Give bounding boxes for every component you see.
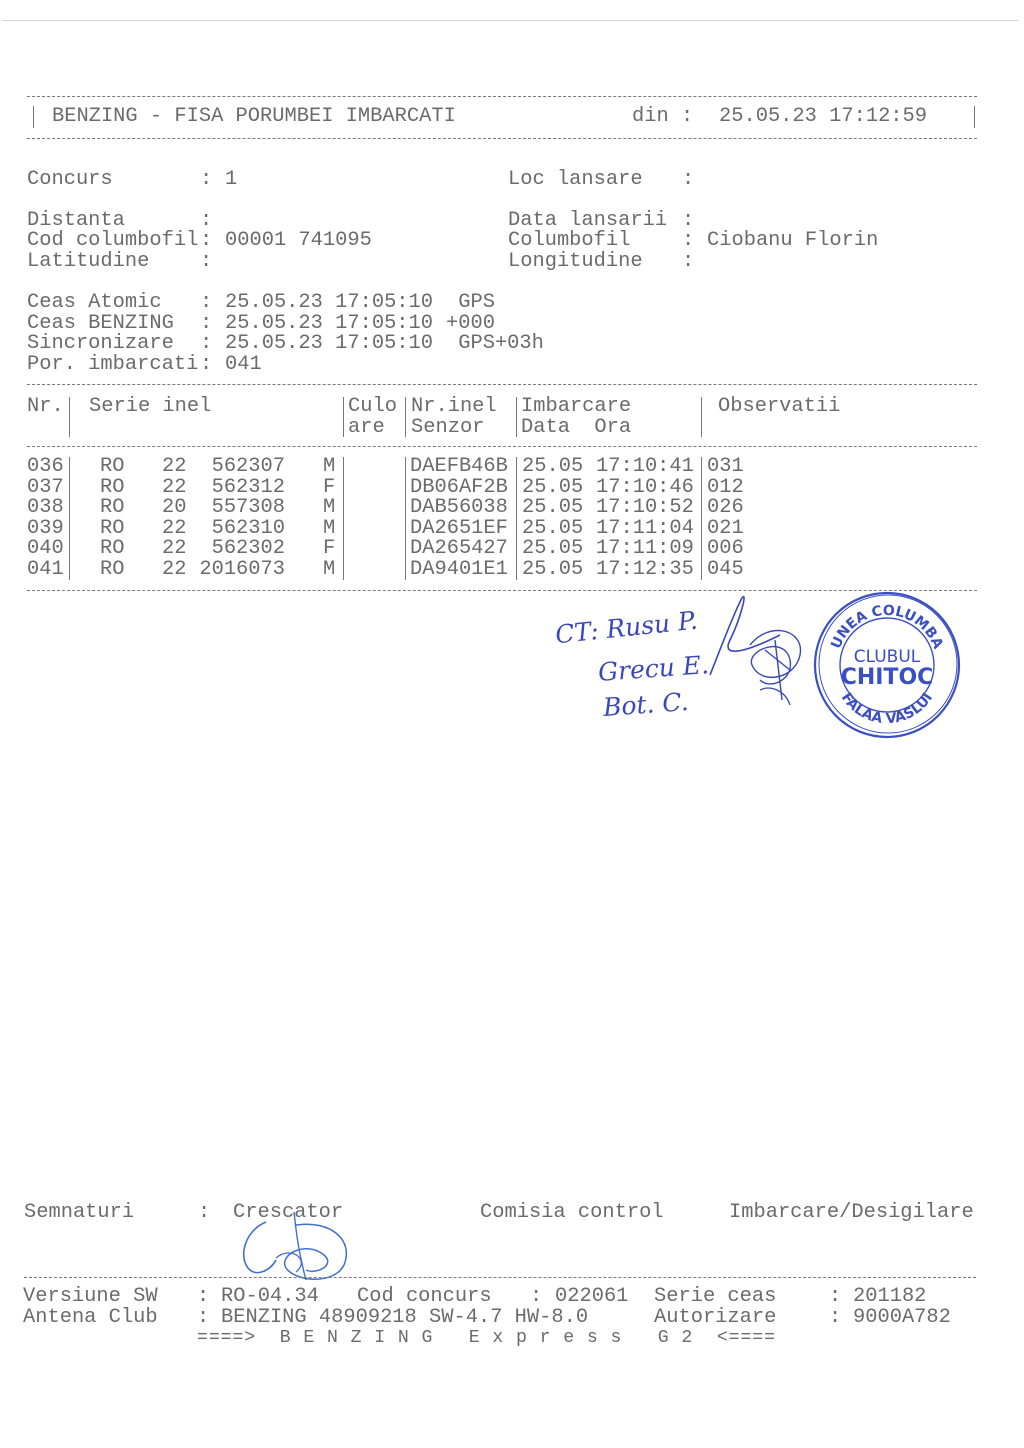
cell-ring: 562302 xyxy=(212,539,285,560)
cell-obs: 012 xyxy=(707,478,744,499)
col-divider xyxy=(701,397,702,437)
columbofil-label: Columbofil xyxy=(508,231,630,252)
concurs-sep: : xyxy=(200,170,212,191)
cell-sensor: DA2651EF xyxy=(410,519,508,540)
cell-sex: M xyxy=(323,457,335,478)
cell-time: 17:12:35 xyxy=(596,560,694,581)
cell-obs: 021 xyxy=(707,519,744,540)
date-value: 25.05.23 17:12:59 xyxy=(719,107,927,128)
header-left-border xyxy=(33,106,34,128)
cod-concurs-sep: : xyxy=(530,1287,542,1308)
cell-sensor: DA9401E1 xyxy=(410,560,508,581)
cell-country: RO xyxy=(100,457,124,478)
autorizare-label: Autorizare xyxy=(654,1308,776,1329)
sincronizare-value: 25.05.23 17:05:10 xyxy=(225,334,433,355)
cell-obs: 045 xyxy=(707,560,744,581)
sincronizare-suffix: GPS+03h xyxy=(446,334,544,355)
stamp-center-1: CLUBUL xyxy=(854,647,921,667)
col-divider xyxy=(516,457,517,580)
por-imbarcati-value: 041 xyxy=(225,355,262,376)
handwritten-line-3: Bot. C. xyxy=(602,687,689,722)
cell-obs: 031 xyxy=(707,457,744,478)
col-culoare-2: are xyxy=(348,418,385,439)
cell-time: 17:10:52 xyxy=(596,498,694,519)
col-senzor-1: Nr.inel xyxy=(411,397,497,418)
col-observatii: Observatii xyxy=(718,397,840,418)
cell-ring: 2016073 xyxy=(199,560,285,581)
footer-top-rule xyxy=(24,1277,976,1278)
semnaturi-label: Semnaturi xyxy=(24,1203,134,1224)
cell-nr: 036 xyxy=(27,457,64,478)
por-imbarcati-label: Por. imbarcati xyxy=(27,355,198,376)
cell-ring: 557308 xyxy=(212,498,285,519)
versiune-sw-value: RO-04.34 xyxy=(221,1287,319,1308)
col-divider xyxy=(69,457,70,580)
cell-date: 25.05 xyxy=(522,478,583,499)
col-divider xyxy=(516,397,517,437)
antena-club-label: Antena Club xyxy=(23,1308,158,1329)
stamp-top-text: UNEA COLUMBA xyxy=(828,603,946,652)
cell-year: 22 xyxy=(162,478,186,499)
cell-date: 25.05 xyxy=(522,498,583,519)
cell-year: 22 xyxy=(162,560,186,581)
benzing-banner: ====> B E N Z I N G E x p r e s s G 2 <=… xyxy=(197,1328,776,1349)
serie-ceas-label: Serie ceas xyxy=(654,1287,776,1308)
cell-date: 25.05 xyxy=(522,539,583,560)
stamp-seal-icon: UNEA COLUMBA FALAA VASLUI CLUBUL CHITOC xyxy=(812,590,962,740)
sincronizare-sep: : xyxy=(200,334,212,355)
longitudine-sep: : xyxy=(682,252,694,273)
cell-nr: 037 xyxy=(27,478,64,499)
por-imbarcati-sep: : xyxy=(200,355,212,376)
table-top-rule xyxy=(27,384,977,385)
cell-sex: M xyxy=(323,519,335,540)
table-row: 039RO22562310MDA2651EF25.0517:11:04021 xyxy=(0,519,1000,540)
ceas-atomic-sep: : xyxy=(200,293,212,314)
cell-ring: 562310 xyxy=(212,519,285,540)
cell-country: RO xyxy=(100,539,124,560)
cell-sex: M xyxy=(323,560,335,581)
ceas-atomic-label: Ceas Atomic xyxy=(27,293,162,314)
cell-country: RO xyxy=(100,519,124,540)
cell-year: 22 xyxy=(162,539,186,560)
col-divider xyxy=(69,397,70,437)
cell-nr: 039 xyxy=(27,519,64,540)
stamp-center-2: CHITOC xyxy=(841,665,934,690)
cell-sensor: DA265427 xyxy=(410,539,508,560)
antena-club-sep: : xyxy=(197,1308,209,1329)
cell-obs: 006 xyxy=(707,539,744,560)
table-row: 036RO22562307MDAEFB46B25.0517:10:41031 xyxy=(0,457,1000,478)
ceas-atomic-value: 25.05.23 17:05:10 xyxy=(225,293,433,314)
date-label: din : xyxy=(632,107,693,128)
cod-concurs-value: 022061 xyxy=(555,1287,628,1308)
cell-obs: 026 xyxy=(707,498,744,519)
col-imbarcare-2: Data Ora xyxy=(521,418,631,439)
club-stamp: UNEA COLUMBA FALAA VASLUI CLUBUL CHITOC xyxy=(812,590,962,740)
imbarcare-desigilare-label: Imbarcare/Desigilare xyxy=(729,1203,974,1224)
cell-year: 22 xyxy=(162,519,186,540)
col-divider xyxy=(405,457,406,580)
cell-time: 17:10:41 xyxy=(596,457,694,478)
cell-sex: M xyxy=(323,498,335,519)
cell-nr: 038 xyxy=(27,498,64,519)
stamp-bottom-text: FALAA VASLUI xyxy=(838,690,936,727)
col-serie-inel: Serie inel xyxy=(89,397,211,418)
cell-year: 22 xyxy=(162,457,186,478)
cell-sex: F xyxy=(323,539,335,560)
cell-country: RO xyxy=(100,498,124,519)
ceas-atomic-suffix: GPS xyxy=(446,293,495,314)
serie-ceas-value: 201182 xyxy=(853,1287,926,1308)
col-divider xyxy=(405,397,406,437)
col-culoare-1: Culo xyxy=(348,397,397,418)
crescator-signature-icon xyxy=(236,1210,356,1285)
comisia-control-label: Comisia control xyxy=(480,1203,664,1224)
header-top-rule xyxy=(27,96,977,97)
col-divider xyxy=(343,397,344,437)
loc-lansare-sep: : xyxy=(682,170,694,191)
table-row: 037RO22562312FDB06AF2B25.0517:10:46012 xyxy=(0,478,1000,499)
cell-sensor: DAEFB46B xyxy=(410,457,508,478)
header-right-border xyxy=(974,106,975,128)
versiune-sw-label: Versiune SW xyxy=(23,1287,158,1308)
cell-date: 25.05 xyxy=(522,519,583,540)
page-edge-line xyxy=(2,20,1018,21)
handwritten-line-1: CT: Rusu P. xyxy=(554,606,699,650)
cell-nr: 041 xyxy=(27,560,64,581)
table-row: 041RO222016073MDA9401E125.0517:12:35045 xyxy=(0,560,1000,581)
autorizare-value: 9000A782 xyxy=(853,1308,951,1329)
cod-columbofil-label: Cod columbofil xyxy=(27,231,198,252)
col-imbarcare-1: Imbarcare xyxy=(521,397,631,418)
cod-columbofil-value: 00001 741095 xyxy=(225,231,372,252)
cell-ring: 562307 xyxy=(212,457,285,478)
cell-time: 17:11:09 xyxy=(596,539,694,560)
longitudine-label: Longitudine xyxy=(508,252,643,273)
cell-sensor: DB06AF2B xyxy=(410,478,508,499)
cod-columbofil-sep: : xyxy=(200,231,212,252)
latitudine-sep: : xyxy=(200,252,212,273)
cod-concurs-label: Cod concurs xyxy=(357,1287,492,1308)
document-title: BENZING - FISA PORUMBEI IMBARCATI xyxy=(52,107,456,128)
latitudine-label: Latitudine xyxy=(27,252,149,273)
concurs-value: 1 xyxy=(225,170,237,191)
cell-sex: F xyxy=(323,478,335,499)
scribble-signature-icon xyxy=(690,590,810,720)
loc-lansare-label: Loc lansare xyxy=(508,170,643,191)
cell-date: 25.05 xyxy=(522,560,583,581)
col-divider xyxy=(343,457,344,580)
autorizare-sep: : xyxy=(829,1308,841,1329)
header-bottom-rule xyxy=(27,138,977,139)
versiune-sw-sep: : xyxy=(197,1287,209,1308)
col-nr: Nr. xyxy=(27,397,64,418)
table-row: 038RO20557308MDAB5603825.0517:10:52026 xyxy=(0,498,1000,519)
semnaturi-sep: : xyxy=(198,1203,210,1224)
cell-date: 25.05 xyxy=(522,457,583,478)
cell-time: 17:10:46 xyxy=(596,478,694,499)
cell-ring: 562312 xyxy=(212,478,285,499)
cell-sensor: DAB56038 xyxy=(410,498,508,519)
antena-club-value: BENZING 48909218 SW-4.7 HW-8.0 xyxy=(221,1308,588,1329)
cell-country: RO xyxy=(100,560,124,581)
cell-country: RO xyxy=(100,478,124,499)
cell-time: 17:11:04 xyxy=(596,519,694,540)
columbofil-sep: : xyxy=(682,231,694,252)
table-header-rule xyxy=(27,446,977,447)
table-row: 040RO22562302FDA26542725.0517:11:09006 xyxy=(0,539,1000,560)
sincronizare-label: Sincronizare xyxy=(27,334,174,355)
columbofil-value: Ciobanu Florin xyxy=(707,231,878,252)
cell-nr: 040 xyxy=(27,539,64,560)
concurs-label: Concurs xyxy=(27,170,113,191)
col-senzor-2: Senzor xyxy=(411,418,484,439)
col-divider xyxy=(701,457,702,580)
serie-ceas-sep: : xyxy=(829,1287,841,1308)
cell-year: 20 xyxy=(162,498,186,519)
